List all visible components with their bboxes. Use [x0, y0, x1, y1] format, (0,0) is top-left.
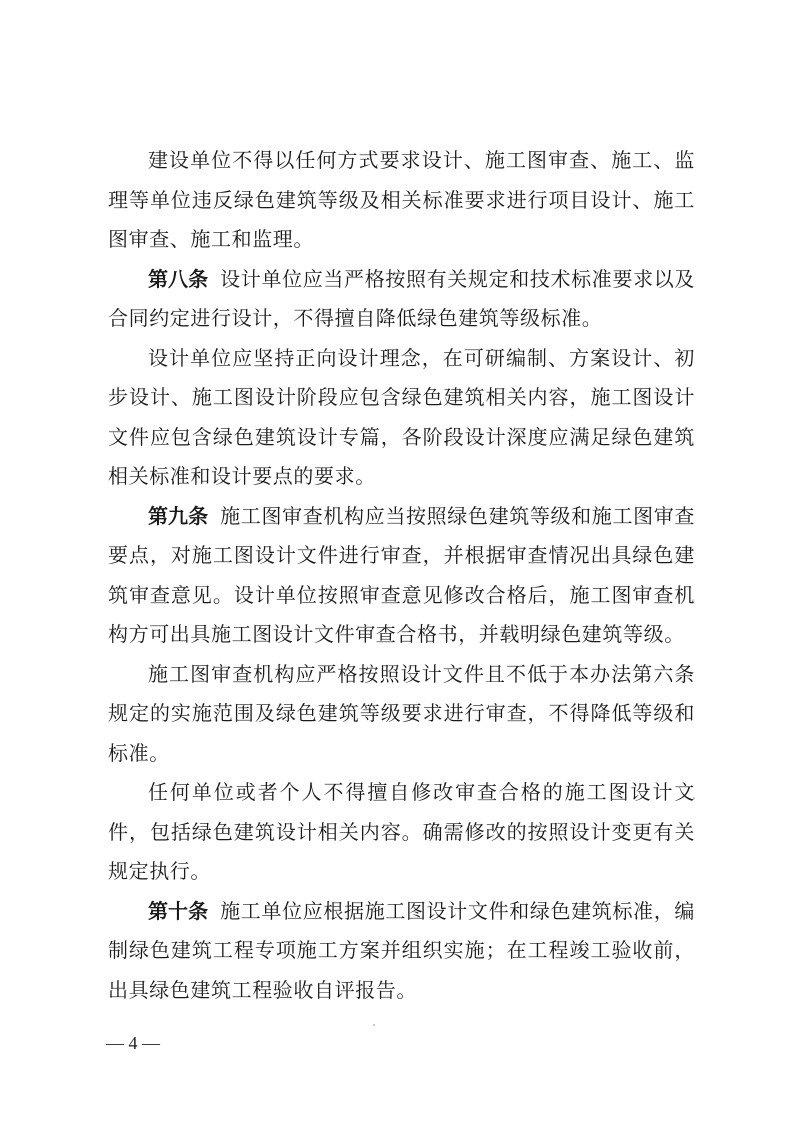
article-heading: 第八条: [148, 267, 208, 291]
document-body: 建设单位不得以任何方式要求设计、施工图审查、施工、监理等单位违反绿色建筑等级及相…: [108, 141, 695, 1010]
paragraph: 设计单位应坚持正向设计理念，在可研编制、方案设计、初步设计、施工图设计阶段应包含…: [108, 339, 695, 497]
article-9: 第九条施工图审查机构应当按照绿色建筑等级和施工图审查要点，对施工图设计文件进行审…: [108, 497, 695, 655]
paragraph: 任何单位或者个人不得擅自修改审查合格的施工图设计文件，包括绿色建筑设计相关内容。…: [108, 773, 695, 892]
paragraph: 建设单位不得以任何方式要求设计、施工图审查、施工、监理等单位违反绿色建筑等级及相…: [108, 141, 695, 260]
paragraph-text: 施工图审查机构应严格按照设计文件且不低于本办法第六条规定的实施范围及绿色建筑等级…: [108, 662, 695, 765]
article-heading: 第十条: [148, 899, 208, 923]
scan-speck: [693, 797, 695, 799]
page-number: — 4 —: [106, 1033, 160, 1054]
scan-speck: [373, 1024, 375, 1026]
paragraph-text: 任何单位或者个人不得擅自修改审查合格的施工图设计文件，包括绿色建筑设计相关内容。…: [108, 780, 695, 883]
paragraph-text: 建设单位不得以任何方式要求设计、施工图审查、施工、监理等单位违反绿色建筑等级及相…: [108, 148, 695, 251]
paragraph: 施工图审查机构应严格按照设计文件且不低于本办法第六条规定的实施范围及绿色建筑等级…: [108, 655, 695, 774]
article-heading: 第九条: [148, 504, 208, 528]
article-8: 第八条设计单位应当严格按照有关规定和技术标准要求以及合同约定进行设计，不得擅自降…: [108, 260, 695, 339]
paragraph-text: 设计单位应坚持正向设计理念，在可研编制、方案设计、初步设计、施工图设计阶段应包含…: [108, 346, 695, 489]
article-10: 第十条施工单位应根据施工图设计文件和绿色建筑标准，编制绿色建筑工程专项施工方案并…: [108, 892, 695, 1011]
